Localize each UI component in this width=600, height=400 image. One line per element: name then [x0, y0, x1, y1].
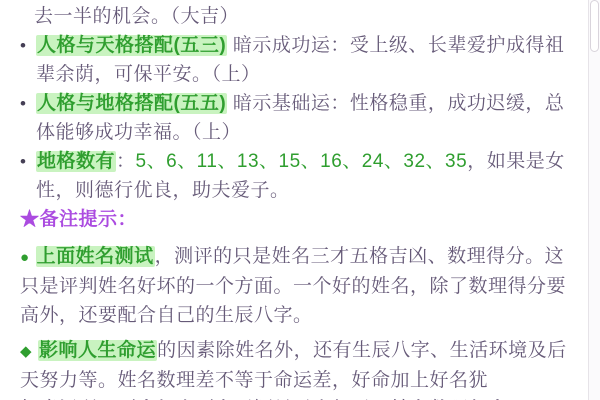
note-item-destiny-factors: ◆影响人生命运的因素除姓名外，还有生辰八字、生活环境及后天努力等。姓名数理差不等… — [20, 336, 568, 395]
keyword-link-dige[interactable]: 人格与地格搭配(五五) — [36, 93, 227, 114]
content-area: 去一半的机会。（大吉） • 人格与天格搭配(五三) 暗示成功运：受上级、长辈爱护… — [0, 0, 588, 400]
keyword-link-destiny[interactable]: 影响人生命运 — [38, 340, 157, 361]
green-circle-bullet-icon: ● — [20, 249, 30, 266]
note-item-test-scope: ●上面姓名测试，测评的只是姓名三才五格吉凶、数理得分。这只是评判姓名好坏的一个方… — [20, 242, 568, 330]
bullet-dot-icon: • — [20, 147, 26, 176]
lucky-numbers: 5、6、11、13、15、16、24、32、35 — [136, 151, 468, 172]
note-header: ★备注提示： — [20, 205, 568, 234]
keyword-link-tiange[interactable]: 人格与天格搭配(五三) — [36, 35, 227, 56]
keyword-link-numbers[interactable]: 地格数有 — [36, 151, 116, 172]
list-item-dige-numbers: • 地格数有：5、6、11、13、15、16、24、32、35，如果是女性，则德… — [20, 147, 568, 205]
scrollbar-thumb[interactable] — [590, 0, 599, 52]
scrollbar-track[interactable] — [588, 0, 600, 400]
green-diamond-bullet-icon: ◆ — [20, 343, 32, 360]
keyword-link-nametest[interactable]: 上面姓名测试 — [36, 246, 155, 267]
list-item-colon: ： — [116, 151, 136, 172]
bullet-dot-icon: • — [20, 89, 26, 118]
intro-continuation-line: 去一半的机会。（大吉） — [34, 2, 568, 31]
list-item-dige: • 人格与地格搭配(五五) 暗示基础运：性格稳重，成功迟缓，总体能够成功幸福。（… — [20, 89, 568, 147]
list-item-tiange: • 人格与天格搭配(五三) 暗示成功运：受上级、长辈爱护成得祖辈余荫，可保平安。… — [20, 31, 568, 89]
analysis-list: • 人格与天格搭配(五三) 暗示成功运：受上级、长辈爱护成得祖辈余荫，可保平安。… — [20, 31, 568, 205]
page: 去一半的机会。（大吉） • 人格与天格搭配(五三) 暗示成功运：受上级、长辈爱护… — [0, 0, 600, 400]
bullet-dot-icon: • — [20, 31, 26, 60]
clipped-bottom-line: 如虎添翼，孬命加上孬名无疑是雪上加霜。姓名数理与命 — [20, 395, 568, 400]
